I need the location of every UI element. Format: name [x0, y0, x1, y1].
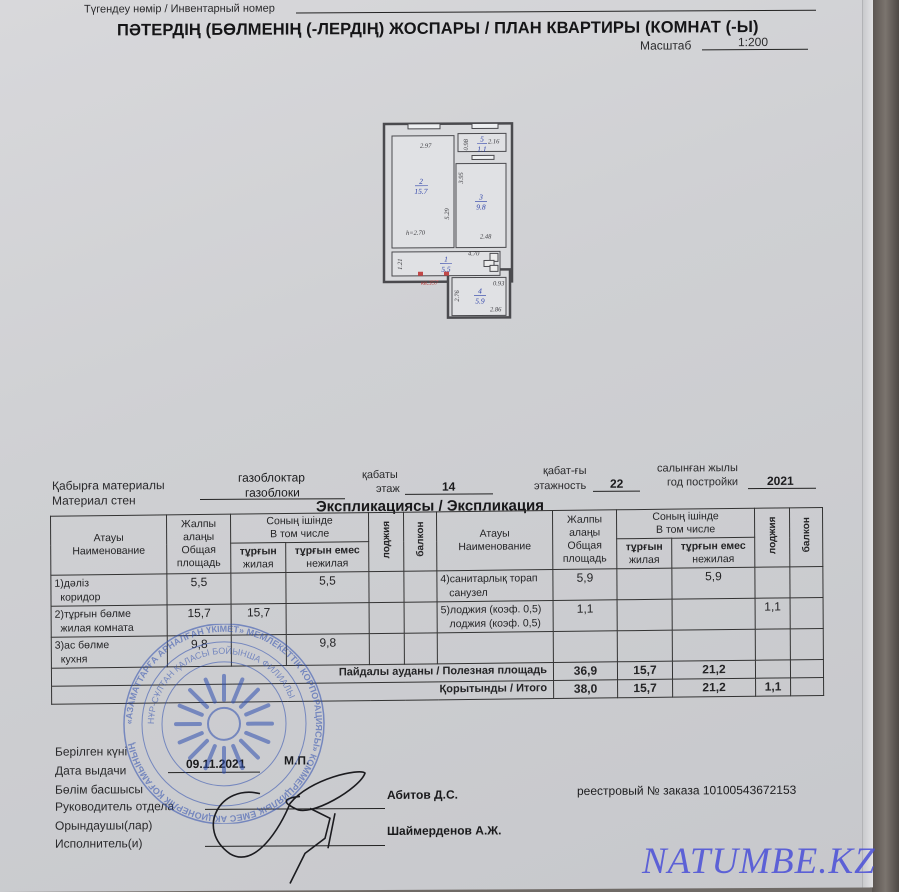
svg-text:1: 1 — [444, 255, 448, 264]
svg-text:5.5: 5.5 — [441, 265, 451, 274]
head-label-ru: Руководитель отдела — [55, 799, 174, 814]
floor-label-ru: этаж — [376, 483, 400, 495]
svg-text:3.95: 3.95 — [458, 171, 465, 184]
door-marker — [418, 272, 423, 276]
header-total-2: ЖалпыалаңыОбщаяплощадь — [552, 510, 616, 570]
signature — [200, 758, 400, 891]
svg-text:3: 3 — [478, 192, 483, 201]
svg-text:0.93: 0.93 — [493, 280, 505, 287]
header-including: Соның ішіндеВ том числе — [230, 513, 368, 544]
header-loggia: лоджия — [368, 512, 403, 571]
exec-label-kz: Орындаушы(лар) — [55, 818, 152, 833]
floors-total-value: 22 — [610, 477, 623, 491]
watermark: NATUMBE.KZ — [642, 840, 876, 883]
floor-plan: 2.97 0.98 2.16 3.95 5.29 2.48 h=2.70 4.7… — [380, 119, 520, 325]
svg-text:5.9: 5.9 — [475, 296, 485, 305]
header-balcony-2: балкон — [789, 507, 822, 566]
page-title: ПӘТЕРДІҢ (БӨЛМЕНІҢ (-ЛЕРДІҢ) ЖОСПАРЫ / П… — [117, 18, 759, 40]
wall-material-value-kz: газоблоктар — [238, 470, 305, 484]
year-value: 2021 — [767, 474, 794, 488]
issue-date-label-kz: Берілген күні — [55, 744, 127, 758]
floor-underline — [405, 493, 493, 494]
svg-text:2.86: 2.86 — [490, 306, 502, 313]
svg-text:2.76: 2.76 — [454, 289, 461, 301]
explication-table: АтауыНаименование ЖалпыалаңыОбщаяплощадь… — [50, 507, 824, 705]
header-including-2: Соның ішіндеВ том числе — [616, 508, 754, 539]
svg-text:5: 5 — [480, 134, 484, 143]
header-living: тұрғынжилая — [231, 543, 286, 574]
header-balcony: балкон — [403, 512, 436, 571]
issue-date-label-ru: Дата выдачи — [55, 763, 126, 777]
year-underline — [748, 488, 816, 489]
svg-text:h=2.70: h=2.70 — [406, 230, 426, 237]
exec-signature-line — [205, 845, 385, 847]
svg-text:2.97: 2.97 — [420, 143, 432, 150]
inventory-label: Түгендеу нөмір / Инвентарный номер — [84, 3, 275, 16]
wall-material-label-kz: Қабырға материалы — [52, 478, 165, 493]
floors-total-label-ru: этажность — [534, 480, 586, 492]
scale-underline — [702, 49, 808, 51]
header-loggia-2: лоджия — [754, 508, 789, 567]
issue-date-underline — [168, 772, 260, 773]
header-nonliving: тұрғын емеснежилая — [286, 542, 369, 573]
floors-total-label-kz: қабат-ғы — [543, 465, 586, 477]
svg-text:4: 4 — [478, 286, 482, 295]
svg-text:2.16: 2.16 — [488, 138, 500, 145]
svg-text:2.48: 2.48 — [480, 233, 492, 240]
svg-text:15.7: 15.7 — [414, 187, 427, 196]
svg-text:5.29: 5.29 — [444, 208, 451, 220]
head-signature-line — [205, 808, 385, 810]
seal-label: М.П. — [284, 753, 309, 767]
header-name: АтауыНаименование — [51, 515, 167, 575]
svg-text:0.98: 0.98 — [463, 138, 470, 150]
order-number-block: реестровый № заказа 10100543672153 — [577, 783, 796, 798]
svg-text:2: 2 — [419, 177, 423, 186]
document-page: Түгендеу нөмір / Инвентарный номер ПӘТЕР… — [0, 0, 870, 892]
issue-date-value: 09.11.2021 — [186, 757, 245, 771]
header-nonliving-2: тұрғын емеснежилая — [672, 537, 755, 568]
header-total: ЖалпыалаңыОбщаяплощадь — [167, 514, 231, 574]
head-name: Абитов Д.С. — [387, 788, 458, 802]
exec-label-ru: Исполнитель(и) — [55, 836, 142, 850]
floors-total-underline — [593, 491, 640, 492]
scale-label: Масштаб — [640, 38, 691, 52]
apartment-label: кв.357 — [421, 280, 439, 287]
order-label: реестровый № заказа — [577, 783, 700, 798]
floor-value: 14 — [442, 480, 455, 494]
inventory-number-field — [296, 10, 816, 14]
order-number: 10100543672153 — [703, 783, 796, 797]
svg-text:4.70: 4.70 — [468, 250, 480, 257]
background-table-surface — [872, 0, 899, 892]
svg-text:1.1: 1.1 — [477, 144, 486, 153]
header-living-2: тұрғынжилая — [617, 538, 672, 569]
exec-name: Шаймерденов А.Ж. — [387, 823, 501, 838]
page-edge — [862, 0, 873, 887]
year-label-kz: салынған жылы — [657, 462, 738, 474]
head-label-kz: Бөлім басшысы — [55, 782, 143, 796]
wall-material-label-ru: Материал стен — [52, 493, 136, 507]
scale-value: 1:200 — [738, 35, 768, 49]
year-label-ru: год постройки — [667, 476, 738, 488]
header-name-2: АтауыНаименование — [436, 511, 552, 571]
svg-text:9.8: 9.8 — [476, 202, 486, 211]
floor-label-kz: қабаты — [362, 469, 398, 481]
svg-text:1.21: 1.21 — [397, 259, 404, 270]
